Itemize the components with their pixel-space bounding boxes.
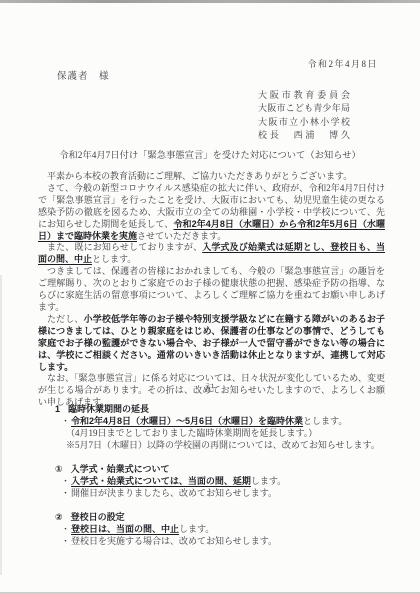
section-number: 1	[55, 404, 60, 414]
text-run: とします。	[303, 416, 347, 426]
sender-bureau: 大阪市こども青少年局	[258, 102, 350, 115]
section-heading-text: 臨時休業期間の延長	[68, 404, 149, 414]
section-bullet-line: ・入学式・始業式については、当面の間、延期します。	[55, 475, 392, 487]
paragraph-greeting: 平素から本校の教育活動にご理解、ご協力いただきありがとうございます。	[38, 171, 385, 183]
text-run: します。	[251, 476, 286, 486]
emphasized-ceremony-postpone: 入学式・始業式については、当面の間、延期	[71, 476, 251, 486]
record-sections: 1臨時休業期間の延長 ・令和2年4月8日（水曜日）〜5月6日（水曜日）を臨時休業…	[55, 403, 392, 559]
section-heading: 1臨時休業期間の延長	[55, 403, 392, 415]
sender-organization: 大阪市教育委員会	[258, 89, 350, 102]
section-closure-extension: 1臨時休業期間の延長 ・令和2年4月8日（水曜日）〜5月6日（水曜日）を臨時休業…	[55, 403, 392, 451]
section-number: ②	[55, 512, 63, 522]
section-ceremonies: ①入学式・始業式について ・入学式・始業式については、当面の間、延期します。 ・…	[55, 463, 392, 499]
scanned-notice-page: 令和2年4月8日 保護者 様 大阪市教育委員会 大阪市こども青少年局 大阪市立小…	[0, 0, 420, 594]
section-bullet-line: ・登校日を実施する場合は、改めてお知らせします。	[55, 535, 392, 547]
section-bullet-line: ・登校日は、当面の間、中止します。	[55, 523, 392, 535]
text-run: 登校日を実施する場合は、改めてお知らせします。	[71, 536, 277, 546]
section-note: （4月19日までとしておりました臨時休業期間を延長します。）	[55, 427, 392, 439]
bullet-mark: ・	[61, 476, 70, 486]
section-school-days: ②登校日の設定 ・登校日は、当面の間、中止します。 ・登校日を実施する場合は、改…	[55, 511, 392, 547]
text-run: します。	[179, 524, 214, 534]
sender-block: 大阪市教育委員会 大阪市こども青少年局 大阪市立小林小学校 校長 西浦 博久	[258, 89, 350, 143]
text-run: 平素から本校の教育活動にご理解、ご協力いただきありがとうございます。	[47, 171, 352, 181]
section-number: ①	[55, 464, 63, 474]
paragraph-request-to-parents: つきましては、保護者の皆様におかれましても、今般の「緊急事態宣言」の趣旨をご理解…	[38, 266, 385, 314]
addressee-line: 保護者 様	[57, 68, 110, 82]
scan-edge-top-artifact	[0, 0, 420, 3]
text-run: つきましては、保護者の皆様におかれましても、今般の「緊急事態宣言」の趣旨をご理解…	[38, 266, 385, 312]
section-heading-text: 入学式・始業式について	[71, 464, 170, 474]
bold-exception-text: 小学校低学年等のお子様や特別支援学級などに在籍する障がいのあるお子様につきまして…	[38, 314, 385, 372]
sender-principal: 校長 西浦 博久	[258, 129, 350, 142]
record-marker: 記	[0, 381, 420, 394]
section-heading: ②登校日の設定	[55, 511, 392, 523]
sender-school: 大阪市立小林小学校	[258, 116, 350, 129]
paragraph-exception-care: ただし、小学校低学年等のお子様や特別支援学級などに在籍する障がいのあるお子様につ…	[38, 314, 385, 374]
section-heading-text: 登校日の設定	[71, 512, 125, 522]
scan-edge-left-artifact	[0, 275, 2, 575]
bullet-mark: ・	[61, 416, 70, 426]
section-bullet-line: ・開催日が決まりましたら、改めてお知らせします。	[55, 487, 392, 499]
section-note: ※5月7日（木曜日）以降の学校園の再開については、改めてお知らせします。	[55, 439, 392, 451]
bullet-mark: ・	[61, 488, 70, 498]
text-run: ただし、	[47, 314, 84, 324]
paragraph-closure-period: さて、今般の新型コロナウイルス感染症の拡大に伴い、政府が、令和2年4月7日付けで…	[38, 183, 385, 243]
emphasized-closure-range: 令和2年4月8日（水曜日）〜5月6日（水曜日）を臨時休業	[71, 416, 303, 426]
paragraph-ceremony-postponed: また、既にお知らせしておりますが、入学式及び始業式は延期とし、登校日も、当面の間…	[38, 242, 385, 266]
text-run: また、既にお知らせしておりますが、	[47, 242, 202, 252]
body-text: 平素から本校の教育活動にご理解、ご協力いただきありがとうございます。 さて、今般…	[38, 171, 385, 409]
text-run: させていただきます。	[137, 231, 226, 241]
text-run: 開催日が決まりましたら、改めてお知らせします。	[71, 488, 277, 498]
bullet-mark: ・	[61, 536, 70, 546]
section-bullet-line: ・令和2年4月8日（水曜日）〜5月6日（水曜日）を臨時休業とします。	[55, 415, 392, 427]
section-heading: ①入学式・始業式について	[55, 463, 392, 475]
text-run: とします。	[92, 254, 136, 264]
document-title: 令和2年4月7日付け「緊急事態宣言」を受けた対応について（お知らせ）	[0, 147, 420, 161]
document-date: 令和2年4月8日	[307, 57, 378, 70]
bullet-mark: ・	[61, 524, 70, 534]
emphasized-schoolday-cancel: 登校日は、当面の間、中止	[71, 524, 179, 534]
